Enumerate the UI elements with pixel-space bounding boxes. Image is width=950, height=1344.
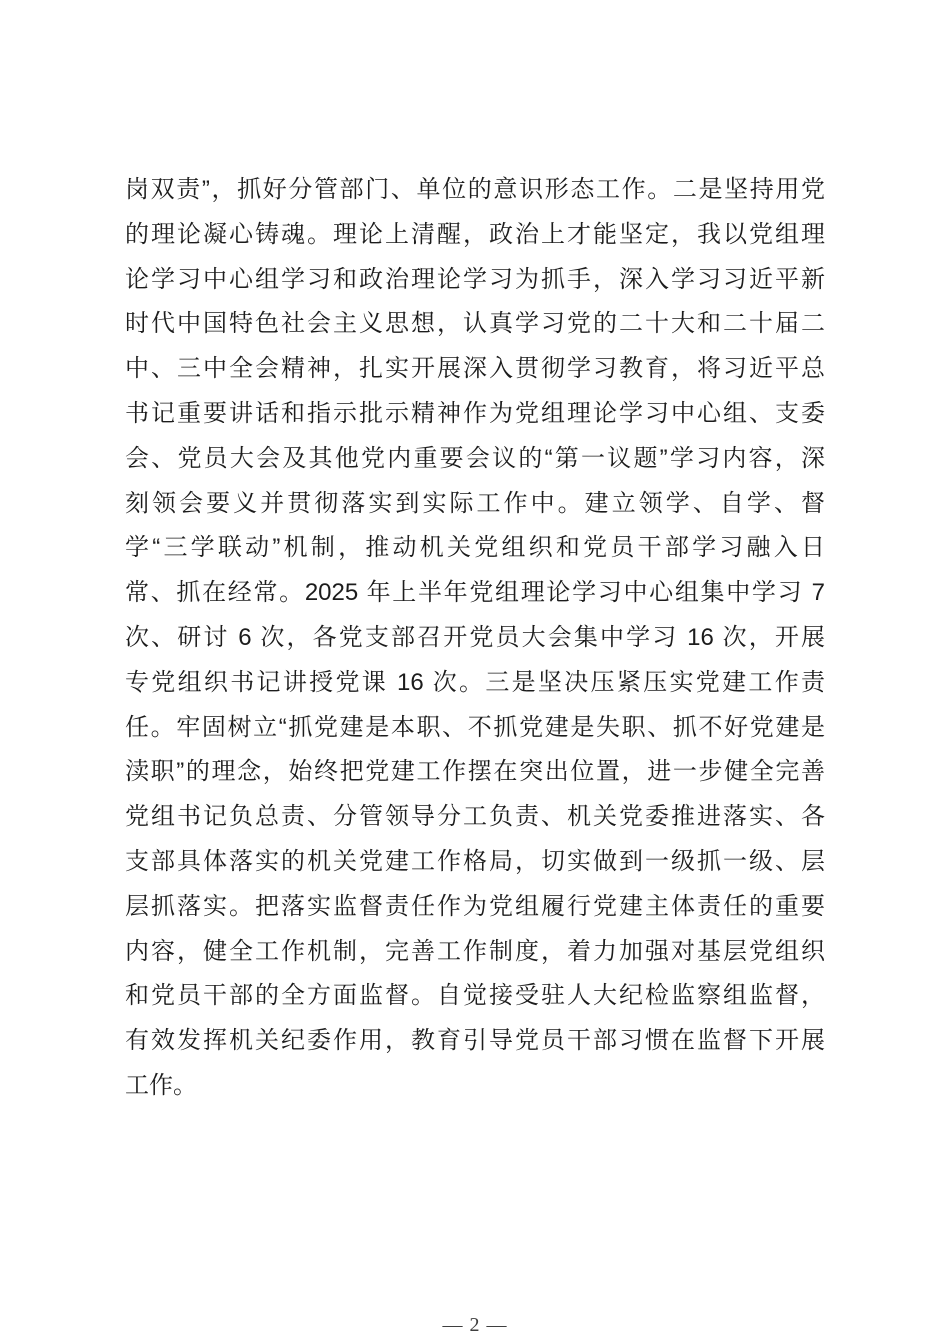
text-line: 刻领会要义并贯彻落实到实际工作中。建立领学、自学、督 bbox=[125, 482, 825, 527]
paragraph-continuation: 岗双责”，抓好分管部门、单位的意识形态工作。二是坚持用党的理论凝心铸魂。理论上清… bbox=[125, 168, 825, 1109]
text-line: 次、研讨 6 次，各党支部召开党员大会集中学习 16 次，开展 bbox=[125, 616, 825, 661]
text-line: 论学习中心组学习和政治理论学习为抓手，深入学习习近平新 bbox=[125, 258, 825, 303]
text-line: 专党组织书记讲授党课 16 次。三是坚决压紧压实党建工作责 bbox=[125, 661, 825, 706]
document-page: 岗双责”，抓好分管部门、单位的意识形态工作。二是坚持用党的理论凝心铸魂。理论上清… bbox=[0, 0, 950, 1344]
text-line: 渎职”的理念，始终把党建工作摆在突出位置，进一步健全完善 bbox=[125, 750, 825, 795]
text-line: 有效发挥机关纪委作用，教育引导党员干部习惯在监督下开展 bbox=[125, 1019, 825, 1064]
text-line: 层抓落实。把落实监督责任作为党组履行党建主体责任的重要 bbox=[125, 885, 825, 930]
text-line: 党组书记负总责、分管领导分工负责、机关党委推进落实、各 bbox=[125, 795, 825, 840]
text-line: 常、抓在经常。2025 年上半年党组理论学习中心组集中学习 7 bbox=[125, 571, 825, 616]
text-line: 内容，健全工作机制，完善工作制度，着力加强对基层党组织 bbox=[125, 930, 825, 975]
text-line: 工作。 bbox=[125, 1064, 825, 1109]
page-number: — 2 — bbox=[443, 1314, 508, 1336]
text-line: 时代中国特色社会主义思想，认真学习党的二十大和二十届二 bbox=[125, 302, 825, 347]
text-line: 支部具体落实的机关党建工作格局，切实做到一级抓一级、层 bbox=[125, 840, 825, 885]
text-line: 学“三学联动”机制，推动机关党组织和党员干部学习融入日 bbox=[125, 526, 825, 571]
text-line: 的理论凝心铸魂。理论上清醒，政治上才能坚定，我以党组理 bbox=[125, 213, 825, 258]
text-line: 和党员干部的全方面监督。自觉接受驻人大纪检监察组监督， bbox=[125, 974, 825, 1019]
text-line: 岗双责”，抓好分管部门、单位的意识形态工作。二是坚持用党 bbox=[125, 168, 825, 213]
text-line: 会、党员大会及其他党内重要会议的“第一议题”学习内容，深 bbox=[125, 437, 825, 482]
page-footer: — 2 — bbox=[0, 1314, 950, 1337]
text-line: 中、三中全会精神，扎实开展深入贯彻学习教育，将习近平总 bbox=[125, 347, 825, 392]
text-line: 书记重要讲话和指示批示精神作为党组理论学习中心组、支委 bbox=[125, 392, 825, 437]
text-line: 任。牢固树立“抓党建是本职、不抓党建是失职、抓不好党建是 bbox=[125, 706, 825, 751]
